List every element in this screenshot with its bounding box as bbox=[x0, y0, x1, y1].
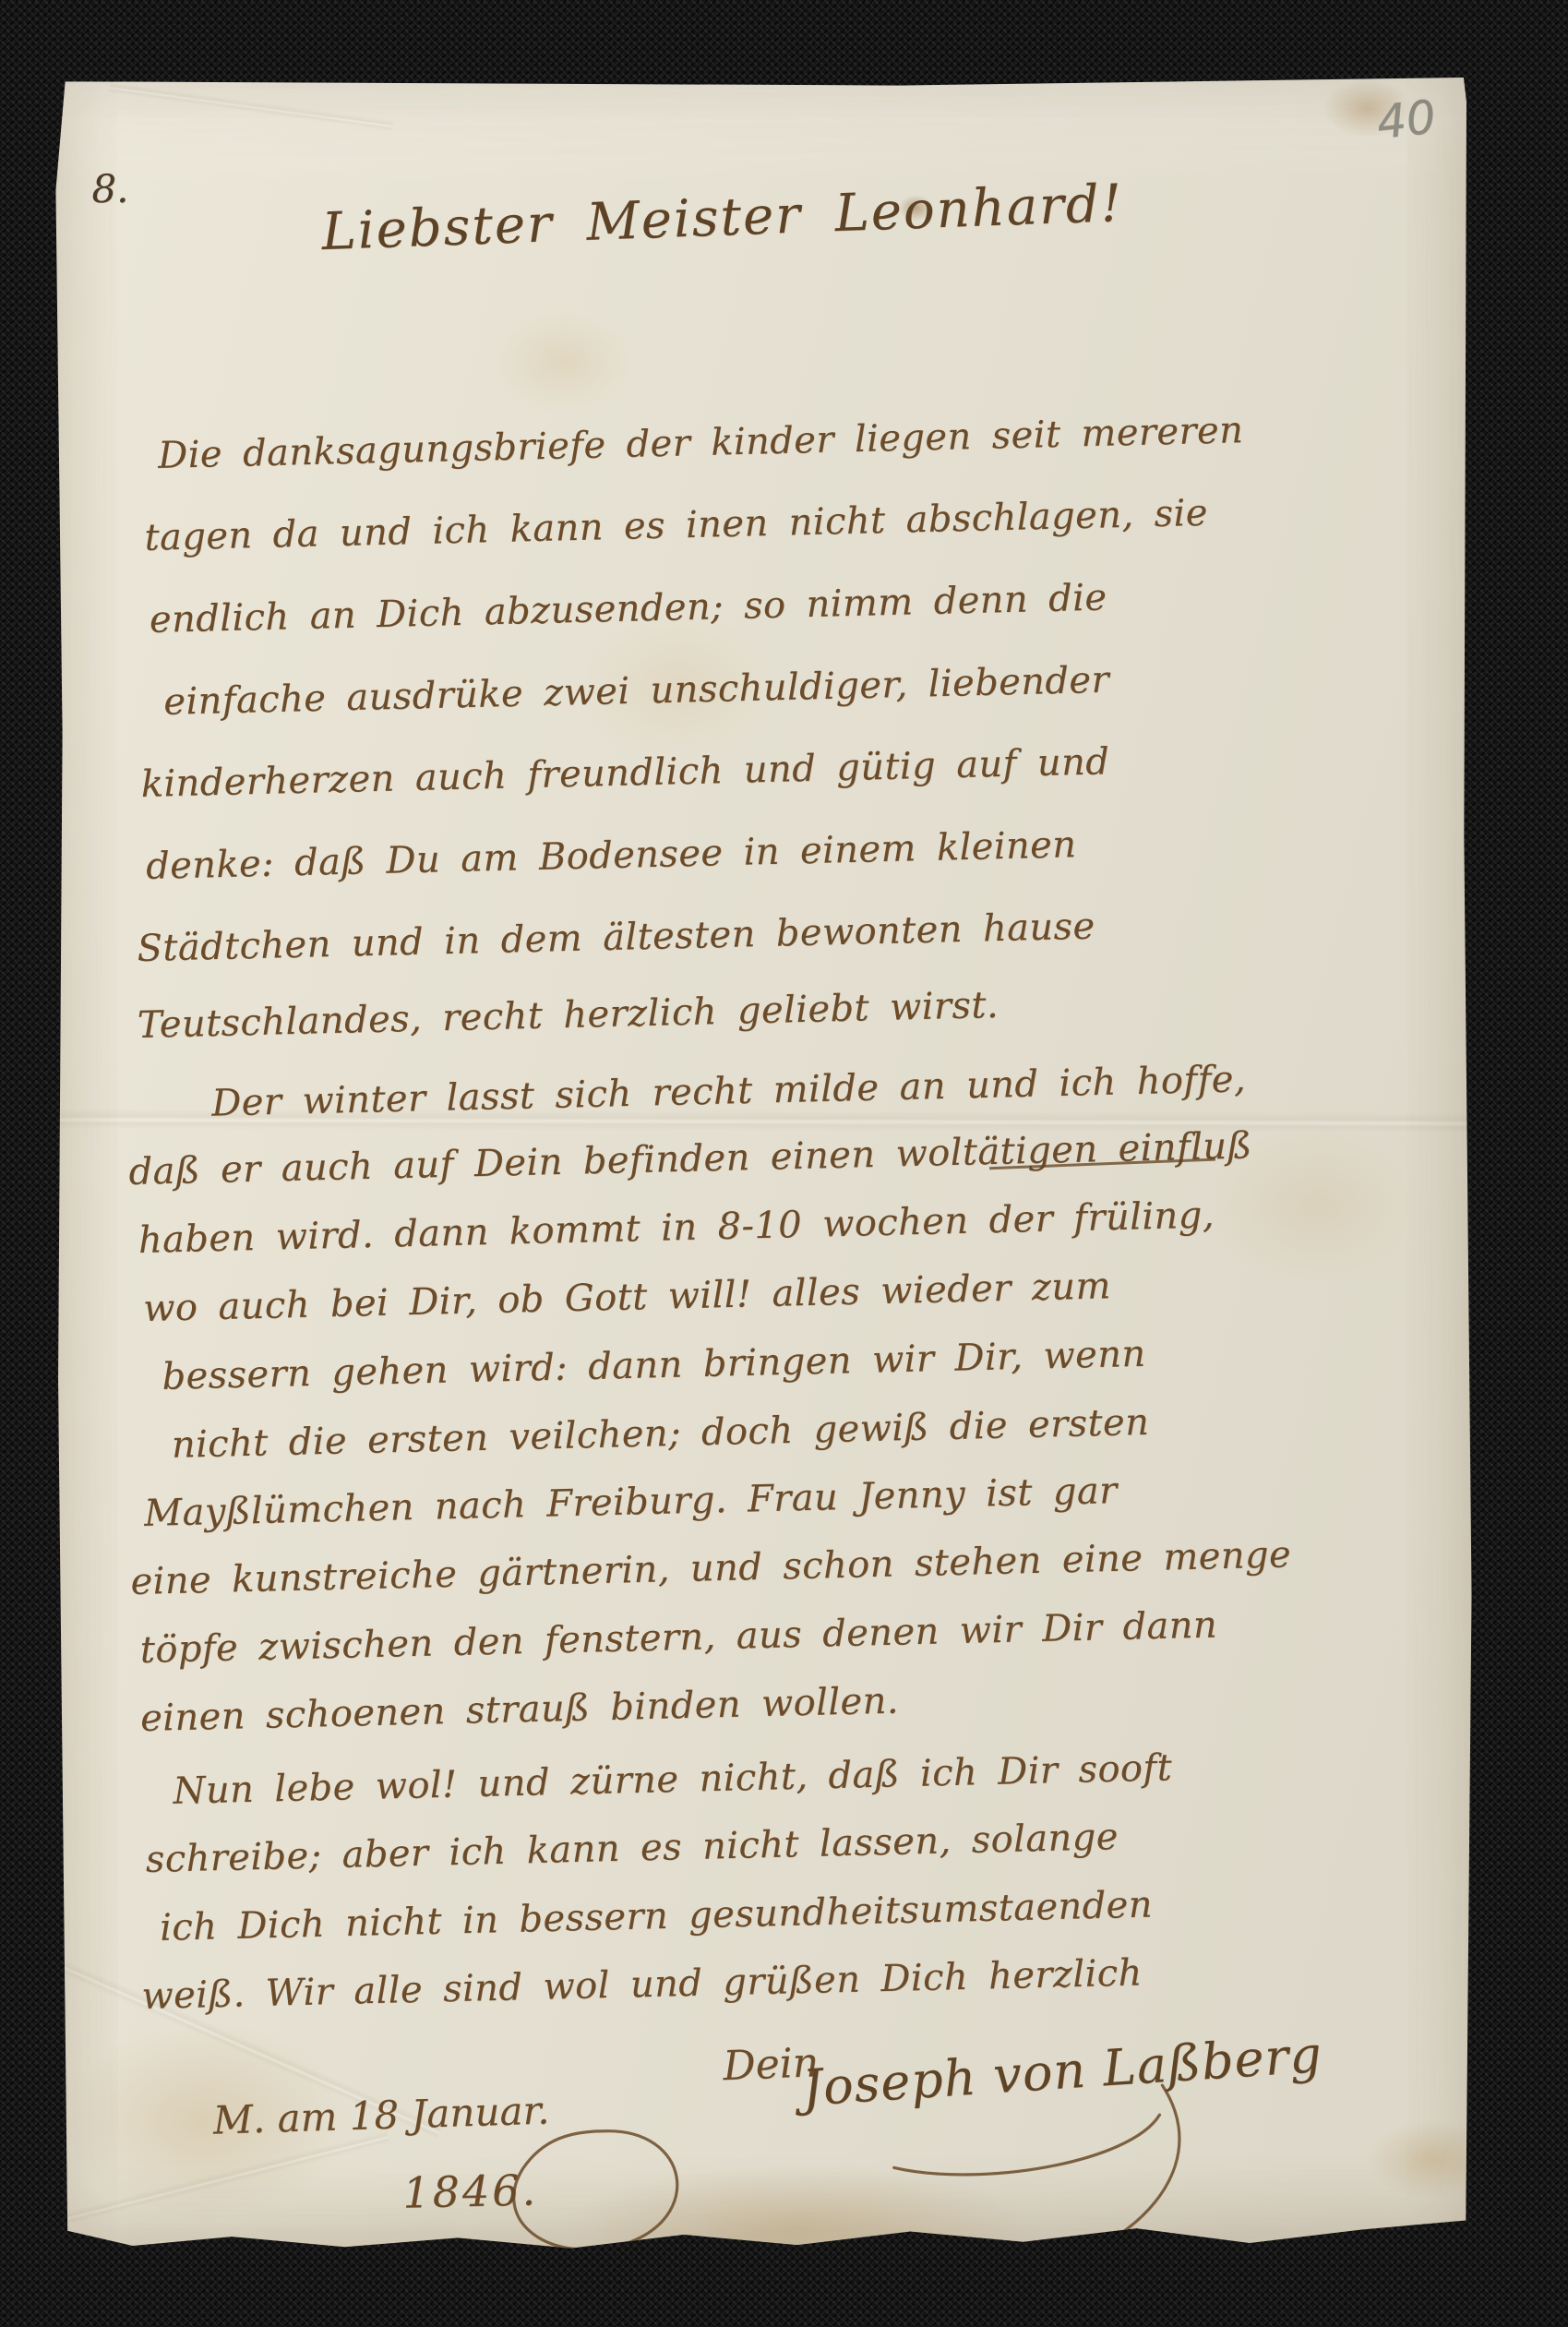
letter-line: kinderherzen auch freundlich und gütig a… bbox=[140, 740, 1110, 806]
paper-crease bbox=[38, 2130, 389, 2232]
letter-line: töpfe zwischen den fenstern, aus denen w… bbox=[139, 1603, 1217, 1671]
letter-line: haben wird. dann kommt in 8-10 wochen de… bbox=[138, 1193, 1215, 1261]
letter-line: einfache ausdrüke zwei unschuldiger, lie… bbox=[163, 659, 1110, 724]
dateline: M. am 18 Januar. bbox=[212, 2088, 550, 2143]
letter-line: endlich an Dich abzusenden; so nimm denn… bbox=[149, 576, 1107, 641]
archive-number-pencil: 40 bbox=[1374, 90, 1439, 150]
letter-line: ich Dich nicht in bessern gesundheitsums… bbox=[160, 1884, 1154, 1949]
letter-line: weiß. Wir alle sind wol und grüßen Dich … bbox=[141, 1951, 1143, 2018]
photographed-letter-on-fabric: 8. 40 Liebster Meister Leonhard! Die dan… bbox=[0, 0, 1568, 2327]
letter-line: wo auch bei Dir, ob Gott will! alles wie… bbox=[143, 1265, 1112, 1330]
letter-line: tagen da und ich kann es inen nicht absc… bbox=[144, 492, 1208, 559]
folio-number-ink: 8. bbox=[91, 166, 128, 211]
salutation: Liebster Meister Leonhard! bbox=[320, 174, 1124, 262]
letter-line: daß er auch auf Dein befinden einen wolt… bbox=[128, 1124, 1252, 1193]
letter-line: Nun lebe wol! und zürne nicht, daß ich D… bbox=[173, 1746, 1173, 1812]
letter-page: 8. 40 Liebster Meister Leonhard! Die dan… bbox=[53, 76, 1476, 2253]
letter-line: Der winter lasst sich recht milde an und… bbox=[211, 1058, 1247, 1124]
letter-line: Teutschlandes, recht herzlich geliebt wi… bbox=[137, 984, 999, 1047]
letter-line: Mayßlümchen nach Freiburg. Frau Jenny is… bbox=[144, 1469, 1118, 1535]
letter-line: nicht die ersten veilchen; doch gewiß di… bbox=[171, 1401, 1149, 1467]
letter-line: einen schoenen strauß binden wollen. bbox=[140, 1680, 900, 1740]
letter-line: Die danksagungsbriefe der kinder liegen … bbox=[158, 409, 1244, 477]
letter-line: eine kunstreiche gärtnerin, und schon st… bbox=[130, 1533, 1292, 1603]
year: 1846. bbox=[402, 2165, 539, 2218]
letter-line: denke: daß Du am Bodensee in einem klein… bbox=[146, 823, 1077, 888]
letter-line: bessern gehen wird: dann bringen wir Dir… bbox=[162, 1333, 1146, 1398]
paper-crease bbox=[109, 82, 394, 132]
signature: Joseph von Laßberg bbox=[800, 2025, 1323, 2117]
letter-line: Städtchen und in dem ältesten bewonten h… bbox=[137, 906, 1095, 970]
letter-line: schreibe; aber ich kann es nicht lassen,… bbox=[145, 1816, 1119, 1881]
